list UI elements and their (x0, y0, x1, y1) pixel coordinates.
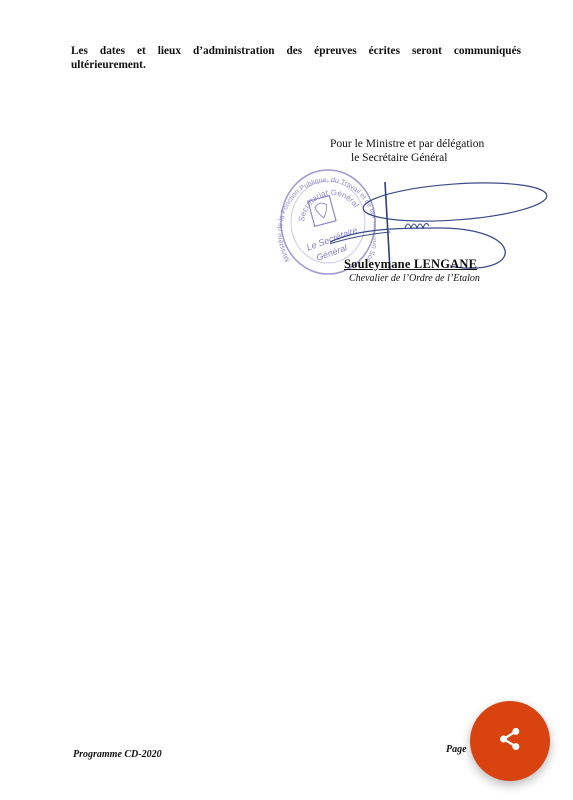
body-paragraph: Les dates et lieux d’administration des … (71, 44, 521, 72)
footer-page-label: Page (446, 744, 467, 755)
share-icon (496, 725, 524, 758)
paragraph-line-2: ultérieurement. (71, 58, 521, 72)
signer-name: Souleymane LENGANE (344, 257, 477, 272)
delegation-line: Pour le Ministre et par délégation (300, 137, 520, 151)
paragraph-line-1: Les dates et lieux d’administration des … (71, 44, 521, 58)
signer-title: Chevalier de l’Ordre de l’Etalon (349, 273, 480, 284)
share-button[interactable] (470, 701, 550, 781)
footer-program-label: Programme CD-2020 (73, 749, 162, 760)
